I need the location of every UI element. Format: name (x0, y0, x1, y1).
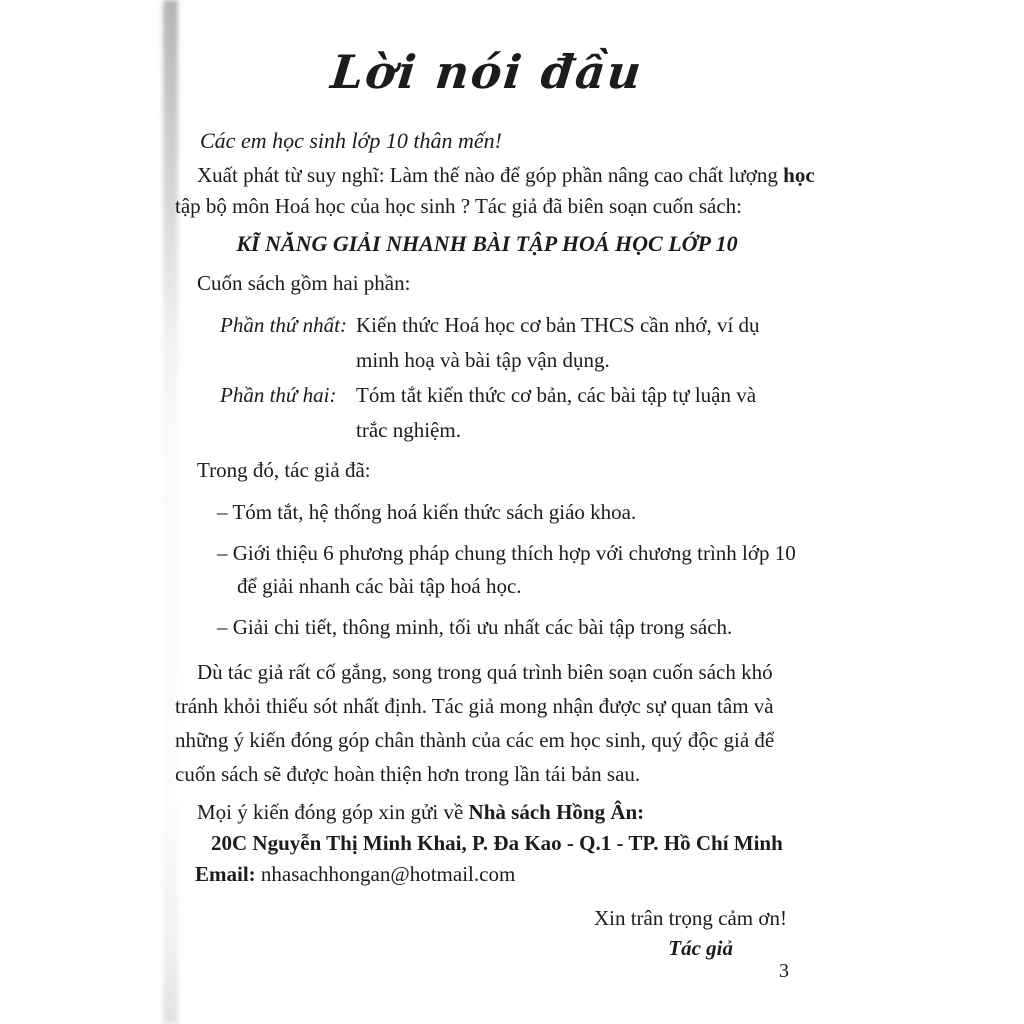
thanks-line: Xin trân trọng cảm ơn! (175, 903, 799, 933)
intro-line-2: tập bộ môn Hoá học của học sinh ? Tác gi… (175, 191, 799, 222)
part2-line-2: trắc nghiệm. (356, 413, 799, 448)
bullet-2-line-2: để giải nhanh các bài tập hoá học. (175, 570, 799, 603)
email-label: Email: (195, 862, 256, 886)
intro-line-1-text: Xuất phát từ suy nghĩ: Làm thế nào để gó… (197, 163, 783, 187)
bullet-2-line-1: – Giới thiệu 6 phương pháp chung thích h… (175, 537, 799, 570)
page-number: 3 (779, 960, 789, 983)
contact-block: Mọi ý kiến đóng góp xin gửi về Nhà sách … (175, 797, 799, 890)
intro-line-1: Xuất phát từ suy nghĩ: Làm thế nào để gó… (175, 160, 799, 191)
contact-intro-line: Mọi ý kiến đóng góp xin gửi về Nhà sách … (175, 797, 799, 828)
closing-paragraph: Dù tác giả rất cố gắng, song trong quá t… (175, 655, 799, 791)
author-signature: Tác giả (175, 933, 799, 963)
part1-line-1: Kiến thức Hoá học cơ bản THCS cần nhớ, v… (356, 308, 799, 343)
intro-paragraph: Xuất phát từ suy nghĩ: Làm thế nào để gó… (175, 160, 799, 222)
closing-line-4: cuốn sách sẽ được hoàn thiện hơn trong l… (175, 757, 799, 791)
part2-label: Phần thứ hai: (220, 378, 336, 413)
bullet-1: – Tóm tắt, hệ thống hoá kiến thức sách g… (175, 496, 799, 529)
page-title: Lời nói đầu (172, 40, 803, 104)
bullet-list: – Tóm tắt, hệ thống hoá kiến thức sách g… (175, 496, 799, 644)
part1-label: Phần thứ nhất: (220, 308, 347, 343)
sign-off-block: Xin trân trọng cảm ơn! Tác giả (175, 903, 799, 963)
part1-line-2: minh hoạ và bài tập vận dụng. (356, 343, 799, 378)
contact-email-line: Email: nhasachhongan@hotmail.com (175, 859, 799, 890)
part1-entry: Phần thứ nhất: Kiến thức Hoá học cơ bản … (175, 308, 799, 378)
bullet-3: – Giải chi tiết, thông minh, tối ưu nhất… (175, 611, 799, 644)
closing-line-2: tránh khỏi thiếu sót nhất định. Tác giả … (175, 689, 799, 723)
two-parts-intro: Cuốn sách gồm hai phần: (175, 268, 799, 299)
closing-line-1: Dù tác giả rất cố gắng, song trong quá t… (175, 655, 799, 689)
contact-intro-text: Mọi ý kiến đóng góp xin gửi về (197, 800, 469, 824)
scanned-book-page: Lời nói đầu Các em học sinh lớp 10 thân … (0, 0, 1024, 1024)
intro-line-1-bold-word: học (783, 163, 815, 187)
contact-address-line: 20C Nguyễn Thị Minh Khai, P. Đa Kao - Q.… (175, 828, 799, 859)
part2-line-1: Tóm tắt kiến thức cơ bản, các bài tập tự… (356, 378, 799, 413)
email-value: nhasachhongan@hotmail.com (256, 862, 516, 886)
part2-entry: Phần thứ hai: Tóm tắt kiến thức cơ bản, … (175, 378, 799, 448)
author-did-intro: Trong đó, tác giả đã: (175, 455, 799, 486)
book-title: KĨ NĂNG GIẢI NHANH BÀI TẬP HOÁ HỌC LỚP 1… (175, 229, 799, 259)
greeting-line: Các em học sinh lớp 10 thân mến! (175, 126, 799, 156)
contact-bookstore-name: Nhà sách Hồng Ân: (469, 800, 645, 824)
closing-line-3: những ý kiến đóng góp chân thành của các… (175, 723, 799, 757)
page-content: Lời nói đầu Các em học sinh lớp 10 thân … (175, 0, 799, 963)
